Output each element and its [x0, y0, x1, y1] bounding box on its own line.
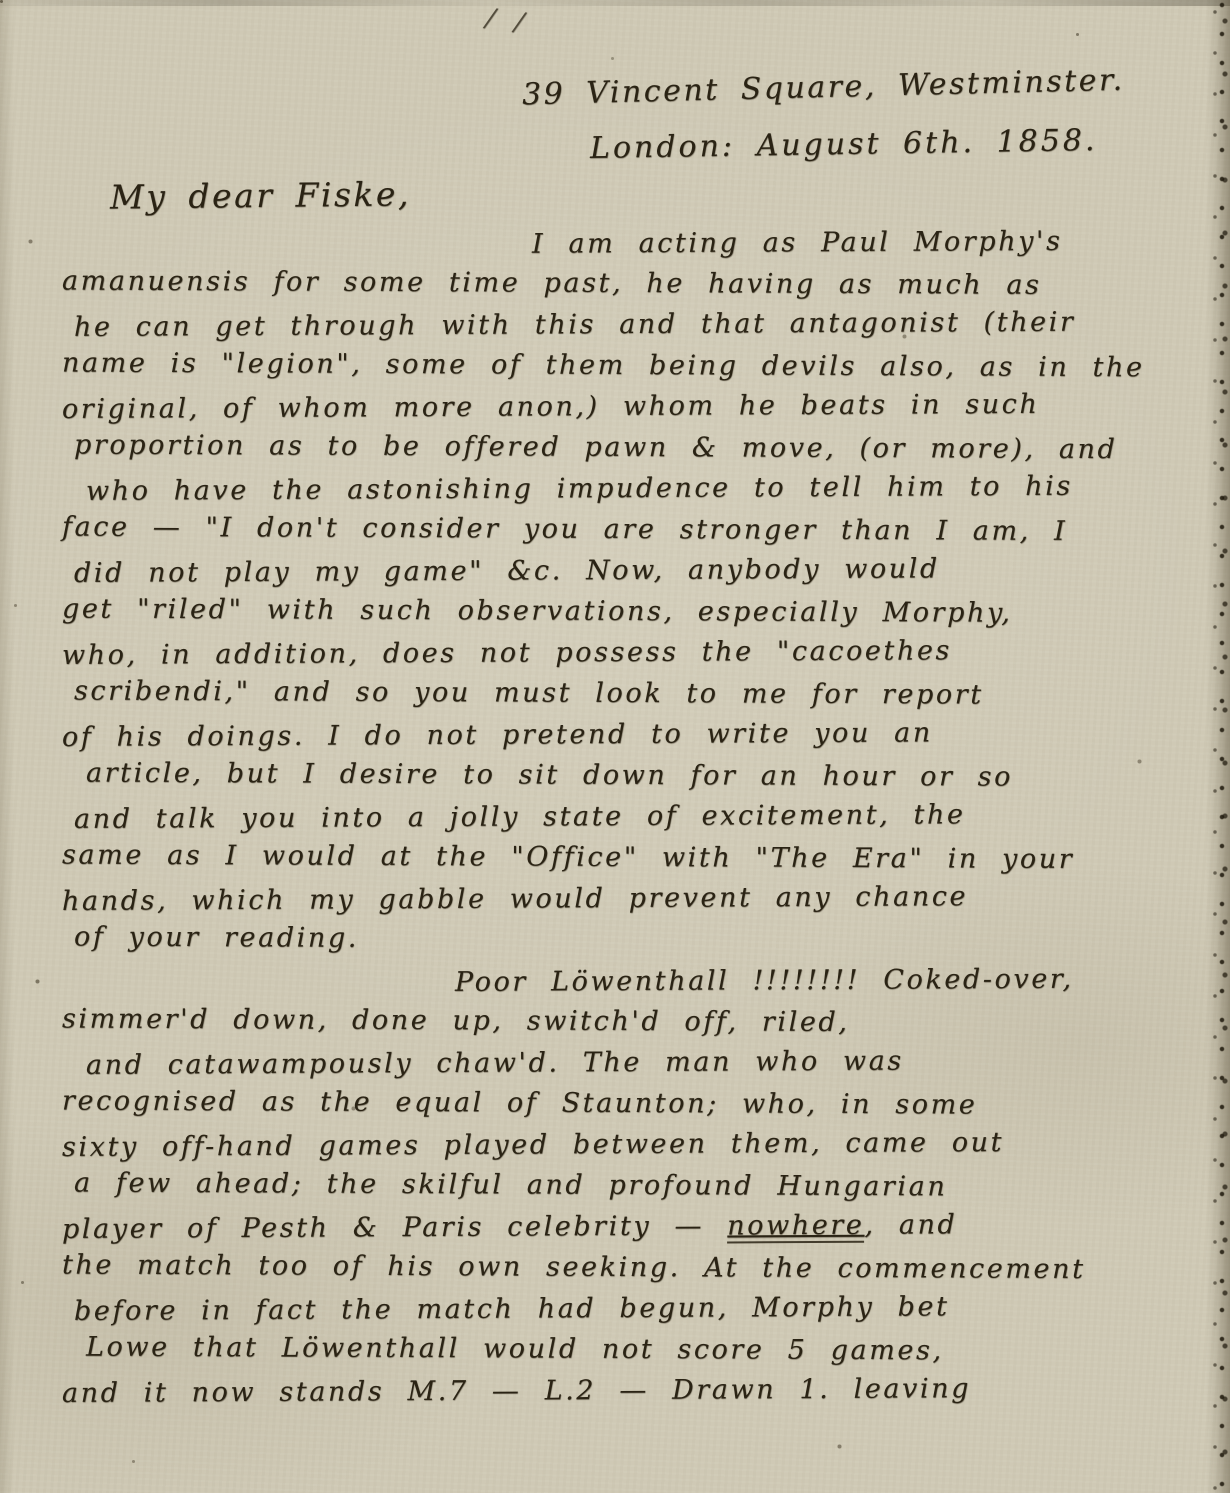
para1-line: get "riled" with such observations, espe…	[62, 589, 1192, 635]
para2-line: sixty off-hand games played between them…	[62, 1121, 1192, 1168]
underline-line-pre: player of Pesth & Paris celebrity —	[62, 1210, 727, 1244]
para1-line: proportion as to be offered pawn & move,…	[74, 425, 1192, 471]
para1-line: amanuensis for some time past, he having…	[62, 261, 1192, 307]
address-line: 39 Vincent Square, Westminster.	[522, 63, 1125, 113]
para1-line: who have the astonishing impudence to te…	[86, 465, 1192, 512]
para2-line: and it now stands M.7 — L.2 — Drawn 1. l…	[62, 1367, 1192, 1414]
para1-line: who, in addition, does not possess the "…	[62, 629, 1192, 676]
underlined-word: nowhere	[727, 1210, 864, 1244]
paper-speckles	[0, 0, 3, 3]
letter-body: I am acting as Paul Morphy's amanuensis …	[62, 222, 1192, 1411]
para2-line: before in fact the match had begun, Morp…	[74, 1285, 1192, 1332]
para1-line: scribendi," and so you must look to me f…	[74, 671, 1192, 717]
para2-line: and catawampously chaw'd. The man who wa…	[86, 1039, 1192, 1086]
para2-line: a few ahead; the skilful and profound Hu…	[74, 1163, 1192, 1209]
paper-right-edge-speckles	[1206, 0, 1230, 1493]
para2-line: simmer'd down, done up, switch'd off, ri…	[62, 999, 1192, 1045]
para1-line: same as I would at the "Office" with "Th…	[62, 835, 1192, 881]
para1-line: original, of whom more anon,) whom he be…	[62, 383, 1192, 430]
para1-line: hands, which my gabble would prevent any…	[62, 875, 1192, 922]
salutation: My dear Fiske,	[110, 174, 411, 216]
para2-line: Lowe that Löwenthall would not score 5 g…	[86, 1327, 1192, 1373]
para1-line: face — "I don't consider you are stronge…	[62, 507, 1192, 553]
paper-top-edge	[0, 0, 1230, 6]
paper-left-edge	[0, 0, 14, 1493]
para2-line: recognised as the equal of Staunton; who…	[62, 1081, 1192, 1127]
para1-line: he can get through with this and that an…	[74, 301, 1192, 348]
para1-line: article, but I desire to sit down for an…	[86, 753, 1192, 799]
date-line: London: August 6th. 1858.	[590, 123, 1098, 166]
para1-line: name is "legion", some of them being dev…	[62, 343, 1192, 389]
para2-first-line: Poor Löwenthall !!!!!!!! Coked-over,	[455, 958, 1192, 1003]
para1-line: and talk you into a jolly state of excit…	[74, 793, 1192, 840]
para1-first-line: I am acting as Paul Morphy's	[532, 220, 1192, 264]
para2-line: the match too of his own seeking. At the…	[62, 1245, 1192, 1291]
para2-underline-line: player of Pesth & Paris celebrity — nowh…	[62, 1203, 1192, 1250]
para1-line: of your reading.	[74, 917, 1192, 963]
underline-line-post: , and	[864, 1209, 957, 1240]
para1-line: did not play my game" &c. Now, anybody w…	[74, 547, 1192, 594]
stray-pen-mark: / /	[484, 3, 532, 39]
para1-line: of his doings. I do not pretend to write…	[62, 711, 1192, 758]
letter-page: / / 39 Vincent Square, Westminster. Lond…	[0, 0, 1230, 1493]
